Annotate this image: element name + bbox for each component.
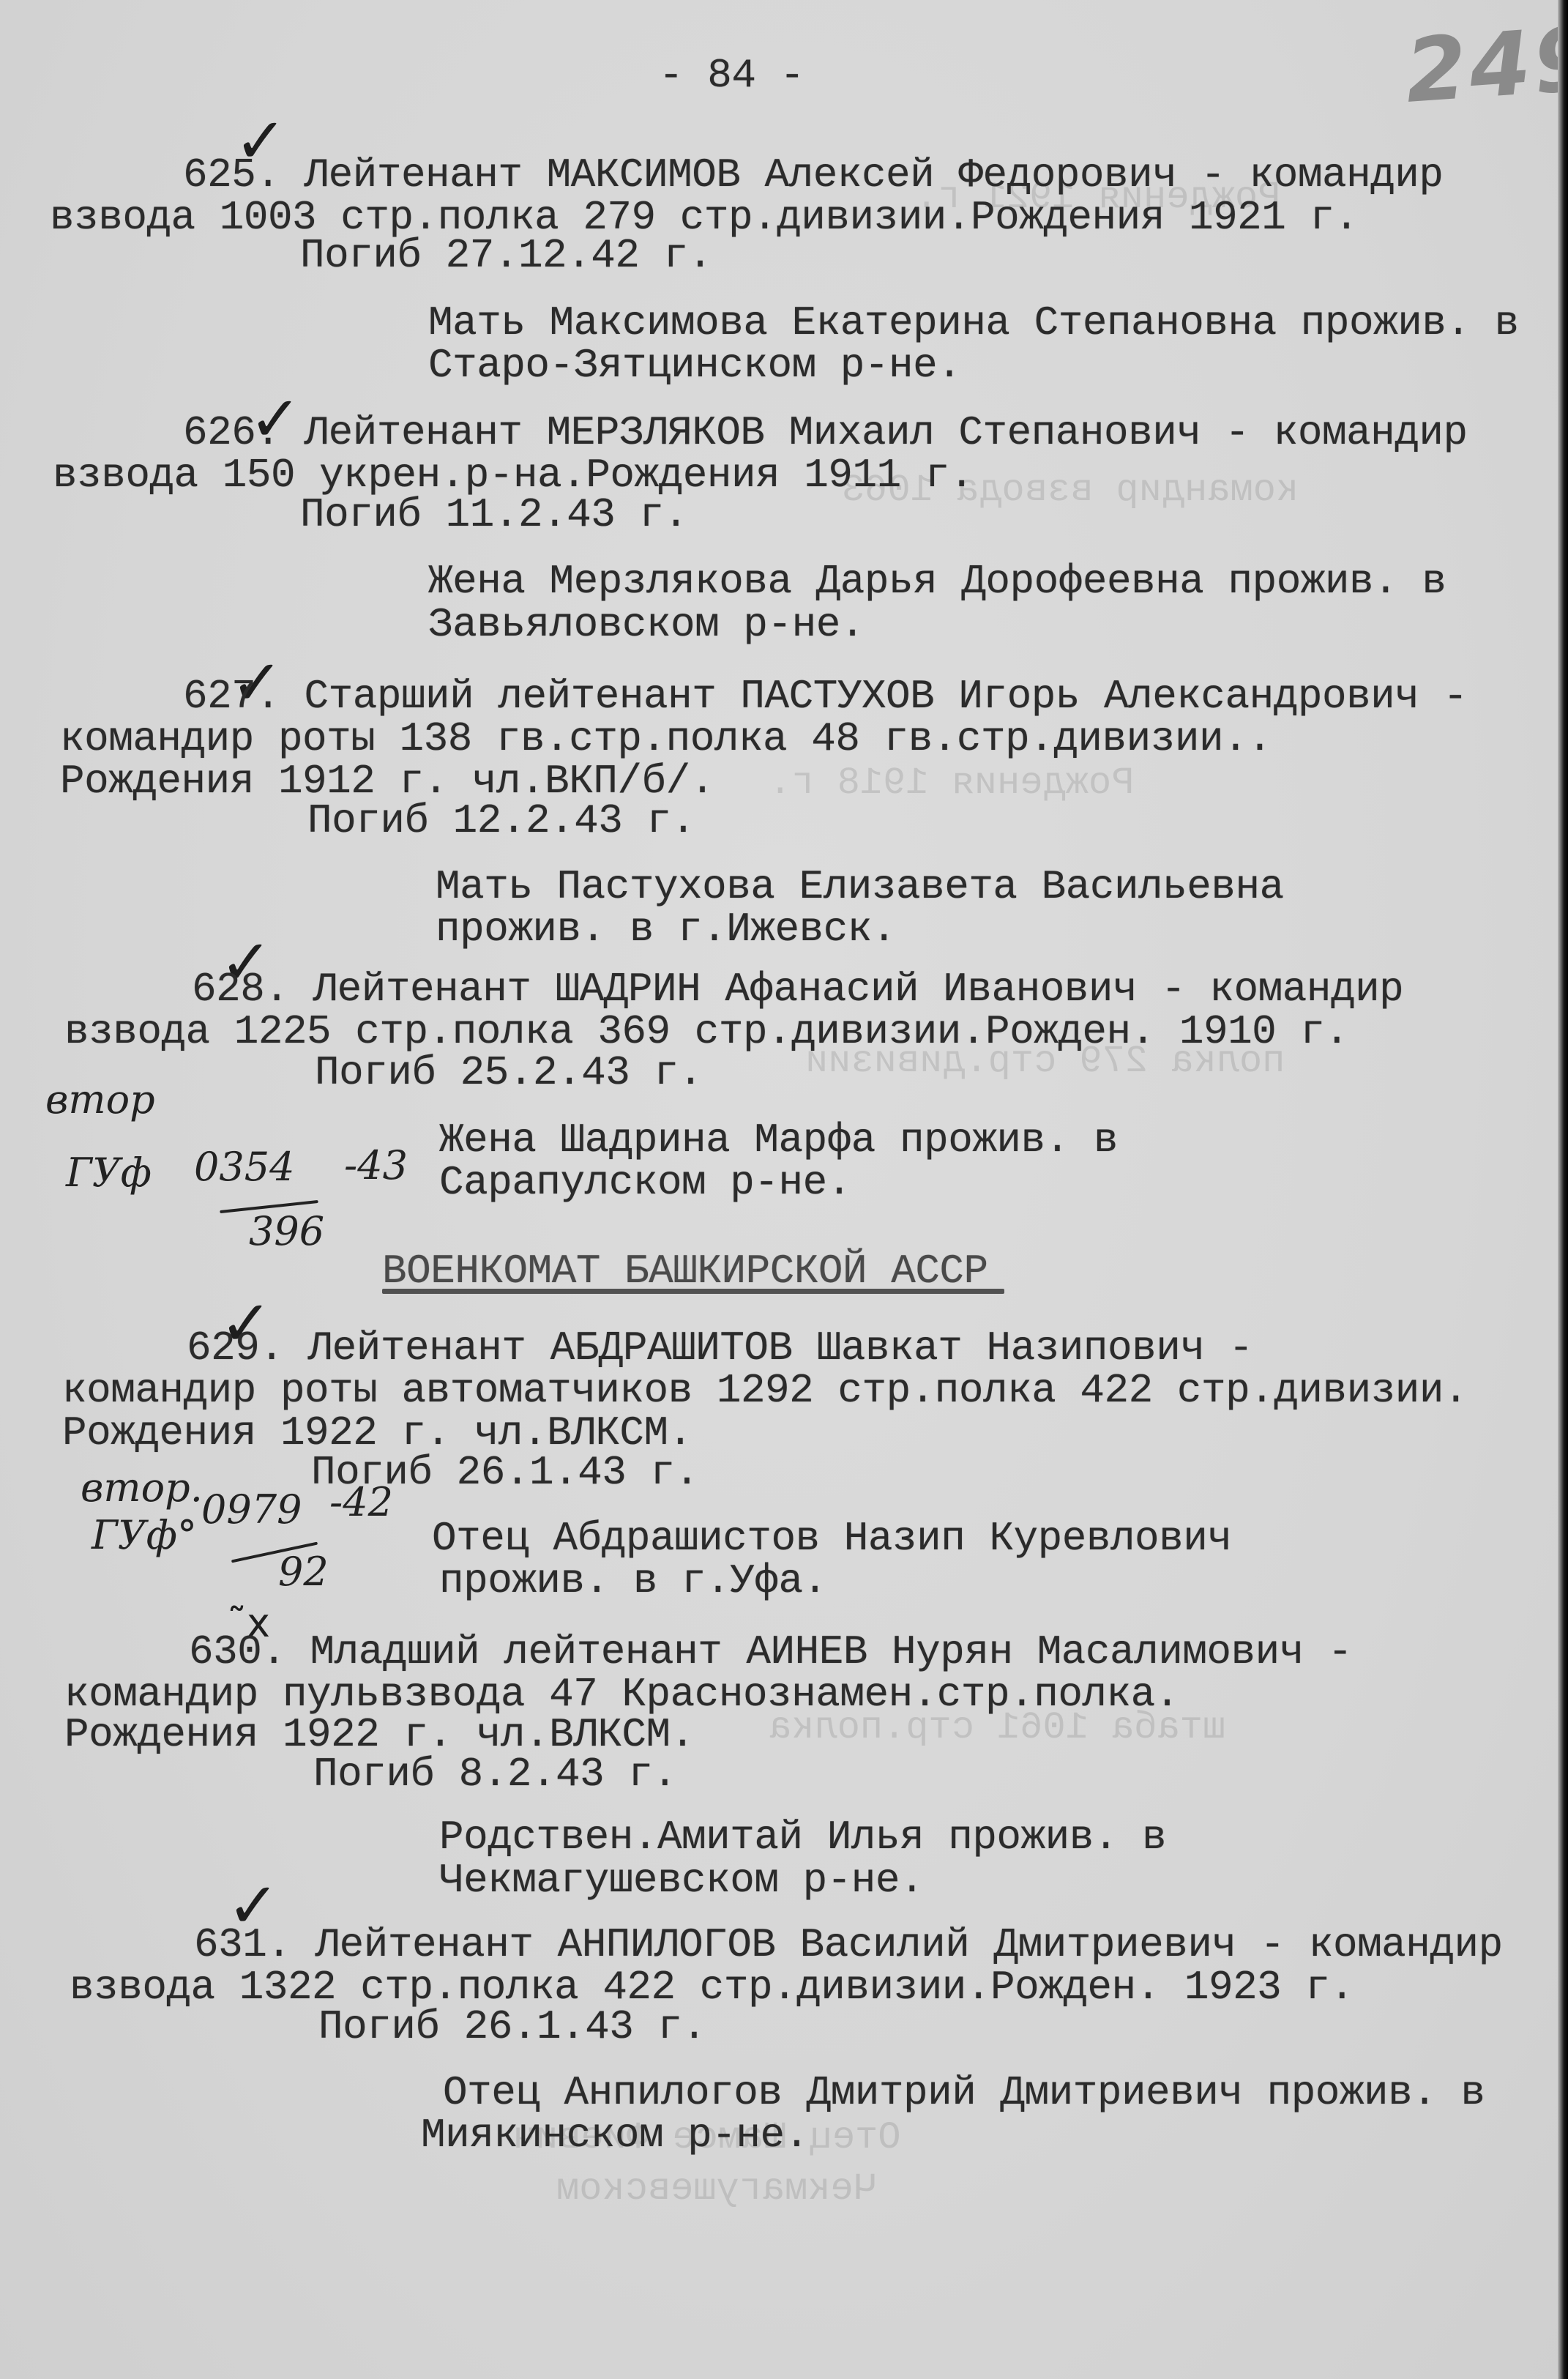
annotation-629-numerator: 0979 xyxy=(201,1486,302,1533)
annotation-628-prefix: ГУф xyxy=(66,1150,152,1196)
entry-628-line-2: взвода 1225 стр.полка 369 стр.дивизии.Ро… xyxy=(64,1009,1349,1054)
entry-629-line-1: 629. Лейтенант АБДРАШИТОВ Шавкат Назипов… xyxy=(187,1325,1253,1371)
entry-626-relative-2: Завьяловском р-не. xyxy=(428,602,865,647)
entry-631-line-1: 631. Лейтенант АНПИЛОГОВ Василий Дмитрие… xyxy=(194,1922,1503,1967)
annotation-628-top: втор xyxy=(45,1076,155,1123)
entry-627-relative-1: Мать Пастухова Елизавета Васильевна xyxy=(436,864,1284,909)
entry-629-relative-2: прожив. в г.Уфа. xyxy=(439,1558,827,1604)
entry-628-relative-2: Сарапулском р-не. xyxy=(439,1160,851,1205)
entry-625-relative-2: Старо-Зятцинском р-не. xyxy=(428,343,961,388)
entry-625-line-1: 625. Лейтенант МАКСИМОВ Алексей Федорови… xyxy=(183,152,1443,198)
archive-page-number: 249 xyxy=(1402,8,1568,123)
entry-626-died: Погиб 11.2.43 г. xyxy=(300,492,688,537)
entry-630-line-1: 630. Младший лейтенант АИНЕВ Нурян Масал… xyxy=(189,1629,1352,1675)
bleed-through: Рождения 1918 г. xyxy=(769,762,1134,805)
entry-629-line-2: командир роты автоматчиков 1292 стр.полк… xyxy=(62,1368,1468,1413)
entry-627-line-1: 627. Старший лейтенант ПАСТУХОВ Игорь Ал… xyxy=(183,674,1468,719)
entry-626-relative-1: Жена Мерзлякова Дарья Дорофеевна прожив.… xyxy=(428,559,1446,604)
page-number: - 84 - xyxy=(659,53,804,98)
annotation-628-numerator: 0354 xyxy=(194,1144,294,1190)
entry-630-died: Погиб 8.2.43 г. xyxy=(313,1751,677,1797)
entry-630-line-2: командир пульвзвода 47 Краснознамен.стр.… xyxy=(64,1672,1179,1717)
entry-626-line-1: 626. Лейтенант МЕРЗЛЯКОВ Михаил Степанов… xyxy=(183,410,1468,455)
document-page: Рождения 1921 г. командир взвода 1063 Ро… xyxy=(0,0,1558,2379)
annotation-629-denominator: 92 xyxy=(278,1549,329,1595)
annotation-629-prefix: ГУф° xyxy=(92,1512,197,1558)
entry-631-line-2: взвода 1322 стр.полка 422 стр.дивизии.Ро… xyxy=(70,1965,1354,2010)
entry-628-relative-1: Жена Шадрина Марфа прожив. в xyxy=(439,1117,1118,1163)
entry-627-died: Погиб 12.2.43 г. xyxy=(307,798,695,844)
entry-625-died: Погиб 27.12.42 г. xyxy=(300,233,712,278)
heading-underline xyxy=(382,1289,1004,1294)
entry-625-relative-1: Мать Максимова Екатерина Степановна прож… xyxy=(428,300,1519,346)
entry-627-line-2: командир роты 138 гв.стр.полка 48 гв.стр… xyxy=(60,716,1272,762)
annotation-628-denominator: 396 xyxy=(249,1208,324,1254)
section-heading: ВОЕНКОМАТ БАШКИРСКОЙ АССР xyxy=(382,1248,988,1294)
entry-628-line-1: 628. Лейтенант ШАДРИН Афанасий Иванович … xyxy=(192,967,1403,1012)
annotation-628-suffix: -43 xyxy=(344,1142,408,1188)
entry-631-relative-2: Миякинском р-не. xyxy=(421,2112,809,2158)
annotation-629-top: втор. xyxy=(81,1464,203,1511)
entry-627-relative-2: прожив. в г.Ижевск. xyxy=(436,906,896,952)
scan-edge xyxy=(1558,0,1568,2379)
entry-631-died: Погиб 26.1.43 г. xyxy=(318,2004,706,2049)
entry-629-relative-1: Отец Абдрашистов Назип Куревлович xyxy=(432,1516,1231,1561)
entry-631-relative-1: Отец Анпилогов Дмитрий Дмитриевич прожив… xyxy=(443,2070,1485,2115)
entry-628-died: Погиб 25.2.43 г. xyxy=(315,1050,703,1095)
annotation-629-suffix: -42 xyxy=(329,1479,393,1525)
entry-630-relative-2: Чекмагушевском р-не. xyxy=(439,1858,924,1903)
bleed-through: Чекмагушевском xyxy=(556,2167,876,2211)
entry-630-relative-1: Родствен.Амитай Илья прожив. в xyxy=(439,1814,1166,1860)
